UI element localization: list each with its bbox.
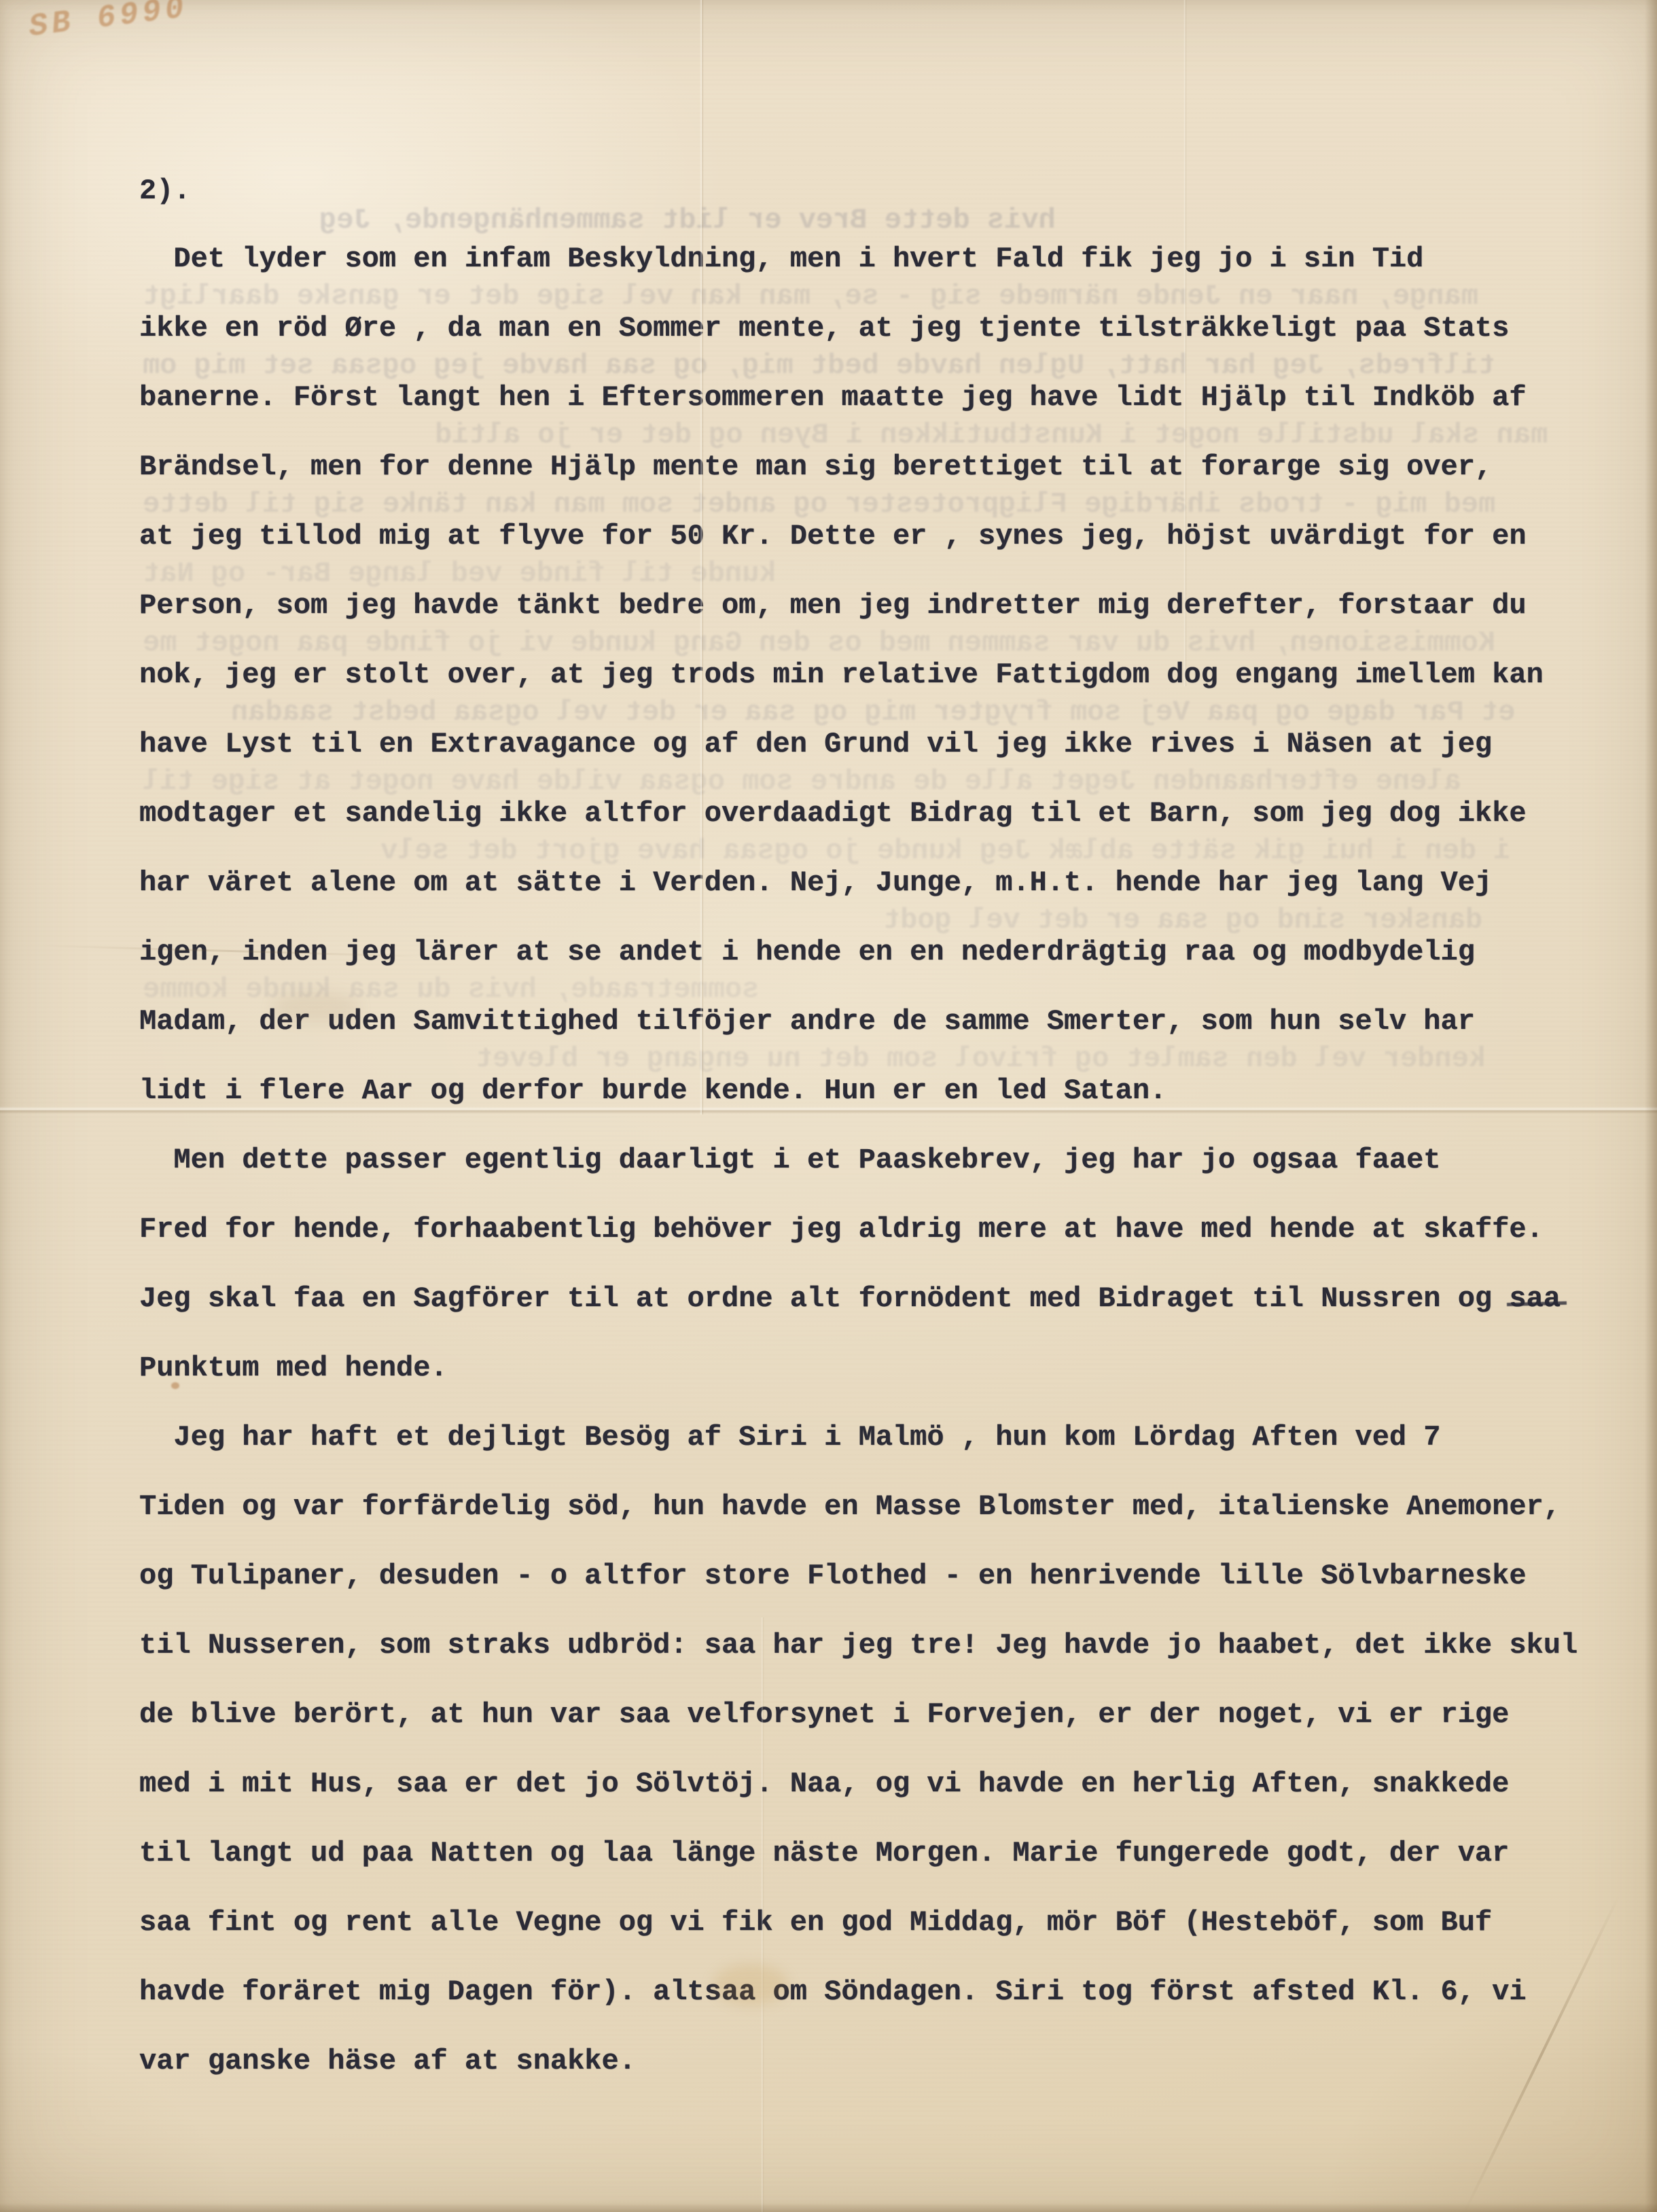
letter-line: har väret alene om at sätte i Verden. Ne… <box>139 848 1654 917</box>
letter-line: Brändsel, men for denne Hjälp mente man … <box>139 432 1654 502</box>
letter-line: modtager et sandelig ikke altfor overdaa… <box>139 779 1654 848</box>
page-edge-shadow-right <box>1645 0 1657 2212</box>
fold-crease-vertical-1 <box>700 0 704 1114</box>
page-number: 2). <box>139 156 191 226</box>
letter-line: banerne. Först langt hen i Eftersommeren… <box>139 363 1654 432</box>
letter-line: Jeg har haft et dejligt Besög af Siri i … <box>139 1403 1654 1472</box>
paper-stain-faint <box>272 992 360 1022</box>
fold-crease-horizontal <box>0 1106 1657 1114</box>
page-edge-shadow-bottom <box>0 2202 1657 2212</box>
letter-page: hvis dette Brev er lidt sammenhängende, … <box>0 0 1657 2212</box>
letter-line: nok, jeg er stolt over, at jeg trods min… <box>139 640 1654 709</box>
letter-line: med i mit Hus, saa er det jo Sölvtöj. Na… <box>139 1749 1654 1819</box>
letter-line: Tiden og var forfärdelig söd, hun havde … <box>139 1472 1654 1541</box>
letter-line: til langt ud paa Natten og laa länge näs… <box>139 1819 1654 1888</box>
letter-line: Punktum med hende. <box>139 1333 1654 1403</box>
letter-line: lidt i flere Aar og derfor burde kende. … <box>139 1056 1654 1125</box>
rust-stain-dot <box>171 1382 179 1389</box>
letter-body: Det lyder som en infam Beskyldning, men … <box>139 224 1654 2096</box>
letter-line: Men dette passer egentlig daarligt i et … <box>139 1125 1654 1195</box>
letter-line: have Lyst til en Extravagance og af den … <box>139 709 1654 779</box>
fold-crease-vertical-3 <box>761 1617 764 2212</box>
letter-line: havde foräret mig Dagen för). altsaa om … <box>139 1957 1654 2026</box>
letter-line: til Nusseren, som straks udbröd: saa har… <box>139 1611 1654 1680</box>
letter-line: Fred for hende, forhaabentlig behöver je… <box>139 1195 1654 1264</box>
fold-crease-vertical-2 <box>1183 0 1187 686</box>
letter-line: de blive berört, at hun var saa velforsy… <box>139 1680 1654 1749</box>
letter-line: Det lyder som en infam Beskyldning, men … <box>139 224 1654 294</box>
letter-line: og Tulipaner, desuden - o altfor store F… <box>139 1541 1654 1611</box>
letter-line: Person, som jeg havde tänkt bedre om, me… <box>139 571 1654 640</box>
letter-line: igen, inden jeg lärer at se andet i hend… <box>139 917 1654 987</box>
letter-line: Madam, der uden Samvittighed tilföjer an… <box>139 987 1654 1056</box>
letter-line: var ganske häse af at snakke. <box>139 2026 1654 2096</box>
letter-line: Jeg skal faa en Sagförer til at ordne al… <box>139 1264 1654 1333</box>
letter-line: saa fint og rent alle Vegne og vi fik en… <box>139 1888 1654 1957</box>
letter-line: at jeg tillod mig at flyve for 50 Kr. De… <box>139 502 1654 571</box>
paper-stain-smudge <box>713 1964 788 2005</box>
letter-line: ikke en röd Øre , da man en Sommer mente… <box>139 294 1654 363</box>
